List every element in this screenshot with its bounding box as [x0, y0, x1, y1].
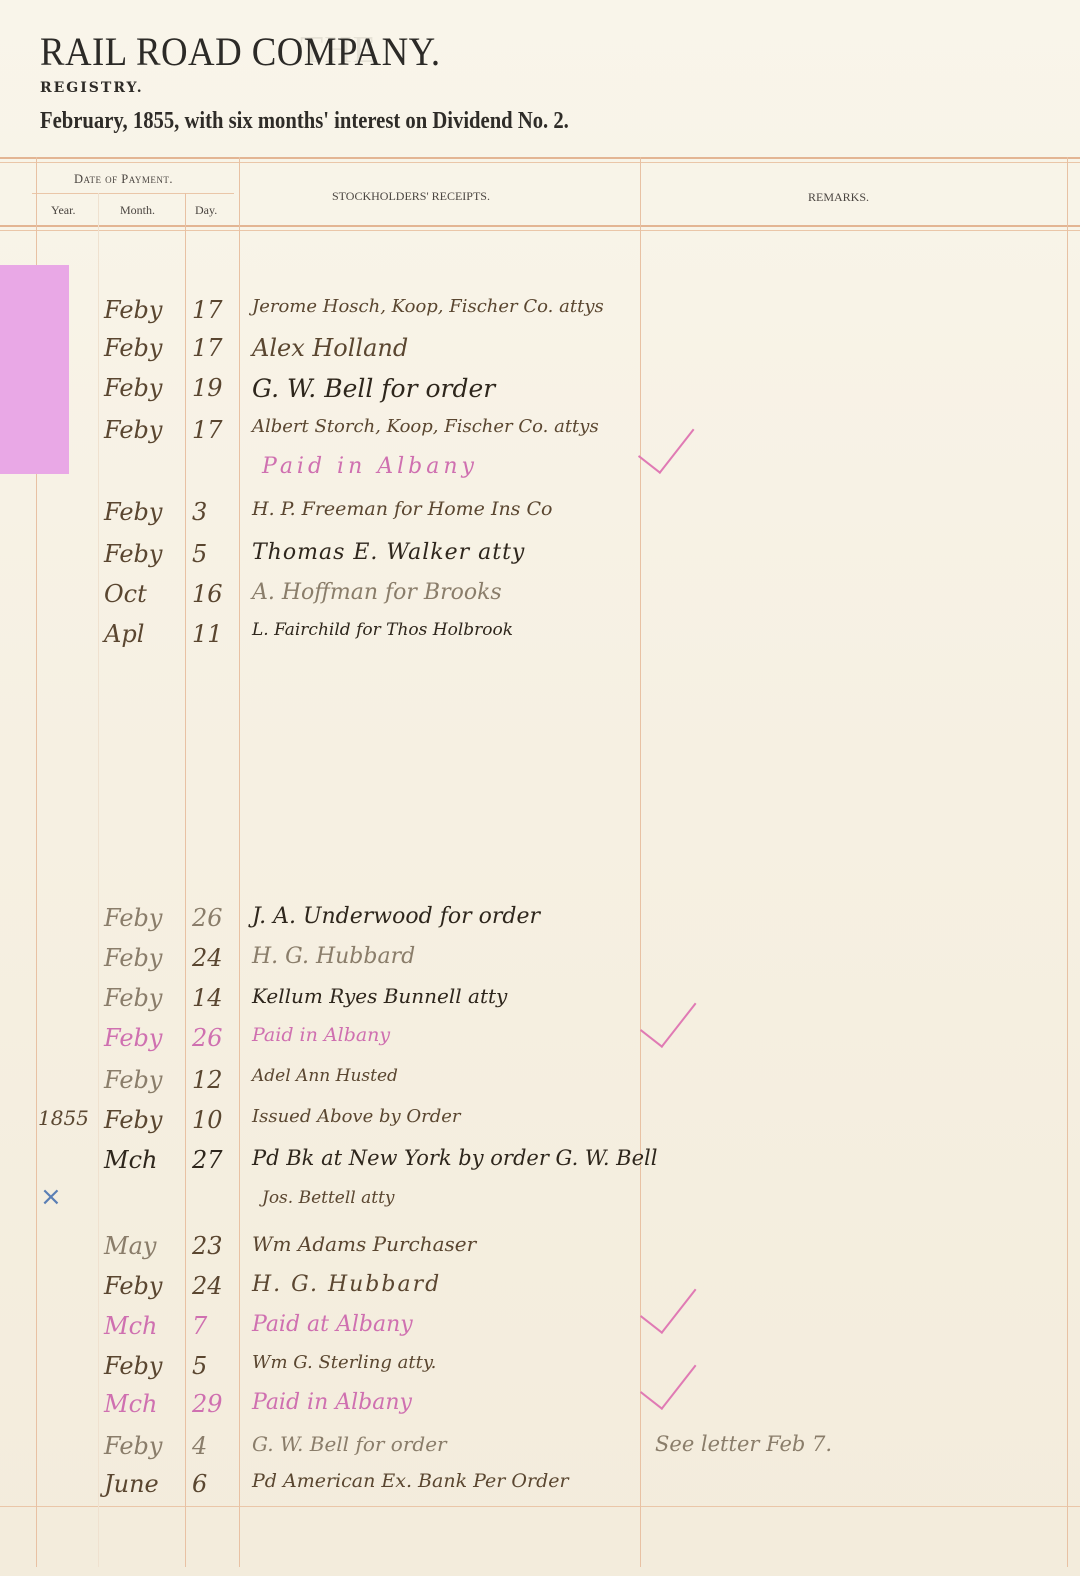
ledger-row: Mch 29 Paid in Albany	[0, 1384, 1080, 1420]
page-title: RAIL ROAD COMPANY.	[40, 28, 441, 75]
ledger-row: Oct 16 A. Hoffman for Brooks	[0, 574, 1080, 610]
ledger-row: Feby 26 Paid in Albany	[0, 1018, 1080, 1054]
ledger-row: June 6 Pd American Ex. Bank Per Order	[0, 1464, 1080, 1500]
ledger-row: May 23 Wm Adams Purchaser	[0, 1226, 1080, 1262]
registry-label: REGISTRY.	[40, 80, 144, 96]
ledger-row: Feby 24 H. G. Hubbard	[0, 1266, 1080, 1302]
ledger-row: Feby 17 Albert Storch, Koop, Fischer Co.…	[0, 410, 1080, 446]
ledger-row: Jos. Bettell atty	[0, 1182, 1080, 1218]
header-top-rule-2	[0, 162, 1080, 163]
header-bottom-rule-2	[0, 230, 1080, 231]
ledger-row: Feby 24 H. G. Hubbard	[0, 938, 1080, 974]
dividend-line: February, 1855, with six months' interes…	[40, 108, 569, 135]
ledger-row: Feby 3 H. P. Freeman for Home Ins Co	[0, 492, 1080, 528]
ledger-row: Feby 17 Jerome Hosch, Koop, Fischer Co. …	[0, 290, 1080, 326]
receipts-header: STOCKHOLDERS' RECEIPTS.	[332, 189, 490, 204]
year-header: Year.	[51, 203, 75, 218]
ledger-row: Feby 26 J. A. Underwood for order	[0, 898, 1080, 934]
remarks-header: REMARKS.	[808, 190, 869, 205]
ledger-page: THE RAIL ROAD COMPANY. REGISTRY. Februar…	[0, 0, 1080, 1576]
ledger-row: Feby 5 Thomas E. Walker atty	[0, 534, 1080, 570]
ledger-row: Mch 7 Paid at Albany	[0, 1306, 1080, 1342]
ledger-row: Feby 12 Adel Ann Husted	[0, 1060, 1080, 1096]
ledger-row: Feby 4 G. W. Bell for order See letter F…	[0, 1426, 1080, 1462]
ledger-row: Feby 5 Wm G. Sterling atty.	[0, 1346, 1080, 1382]
ledger-row: 1855 Feby 10 Issued Above by Order	[0, 1100, 1080, 1136]
ledger-row: Feby 19 G. W. Bell for order	[0, 368, 1080, 404]
ledger-row: Paid in Albany	[0, 448, 1080, 484]
ledger-row: Mch 27 Pd Bk at New York by order G. W. …	[0, 1140, 1080, 1176]
ledger-row: Feby 17 Alex Holland	[0, 328, 1080, 364]
day-header: Day.	[195, 203, 217, 218]
footer-rule	[0, 1506, 1080, 1507]
header-bottom-rule	[0, 225, 1080, 227]
blue-x-mark: ×	[40, 1182, 62, 1212]
ledger-row: Feby 14 Kellum Ryes Bunnell atty	[0, 978, 1080, 1014]
header-top-rule	[0, 157, 1080, 159]
date-of-payment-header: Date of Payment.	[74, 172, 173, 187]
month-header: Month.	[120, 203, 155, 218]
ledger-row: Apl 11 L. Fairchild for Thos Holbrook	[0, 614, 1080, 650]
date-subheader-rule	[32, 193, 234, 194]
